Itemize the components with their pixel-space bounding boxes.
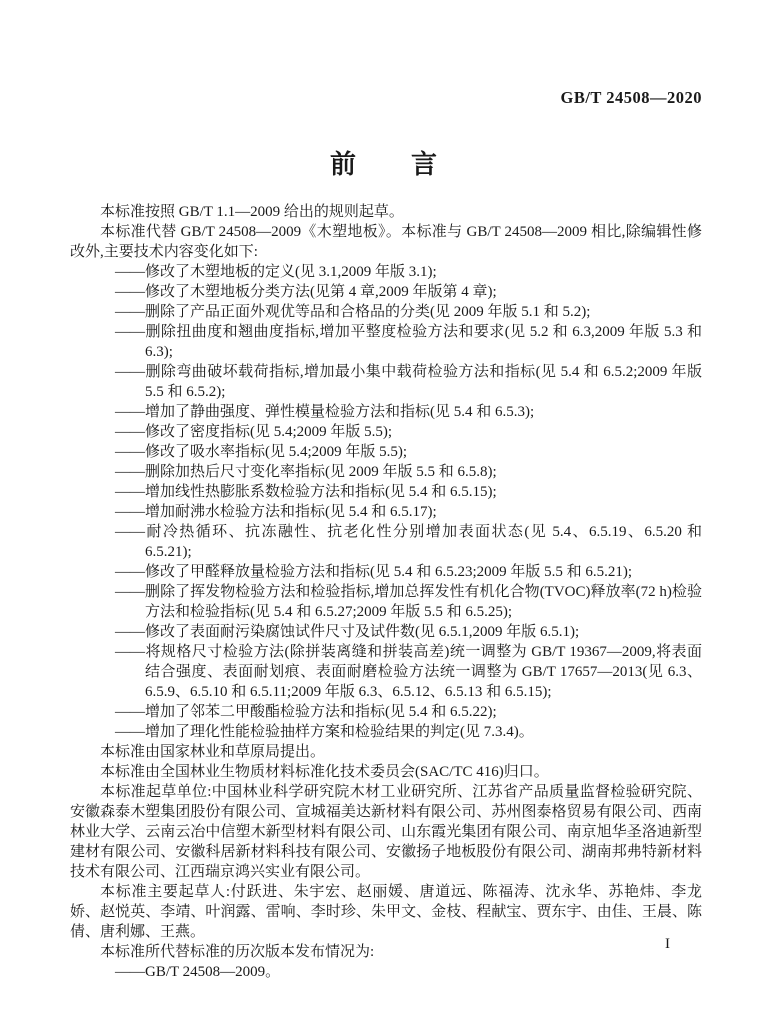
change-item: ——修改了表面耐污染腐蚀试件尺寸及试件数(见 6.5.1,2009 年版 6.5… bbox=[70, 622, 702, 642]
change-item: ——增加了静曲强度、弹性模量检验方法和指标(见 5.4 和 6.5.3); bbox=[70, 402, 702, 422]
closing-paragraph: 本标准起草单位:中国林业科学研究院木材工业研究所、江苏省产品质量监督检验研究院、… bbox=[70, 782, 702, 882]
change-item: ——修改了密度指标(见 5.4;2009 年版 5.5); bbox=[70, 422, 702, 442]
change-item: ——增加了邻苯二甲酸酯检验方法和指标(见 5.4 和 6.5.22); bbox=[70, 702, 702, 722]
change-item: ——修改了吸水率指标(见 5.4;2009 年版 5.5); bbox=[70, 442, 702, 462]
change-item: ——增加了理化性能检验抽样方案和检验结果的判定(见 7.3.4)。 bbox=[70, 722, 702, 742]
intro-paragraphs: 本标准按照 GB/T 1.1—2009 给出的规则起草。本标准代替 GB/T 2… bbox=[70, 202, 702, 262]
change-item: ——修改了木塑地板的定义(见 3.1,2009 年版 3.1); bbox=[70, 262, 702, 282]
closing-paragraph: 本标准由全国林业生物质材料标准化技术委员会(SAC/TC 416)归口。 bbox=[70, 762, 702, 782]
page-title: 前 言 bbox=[0, 144, 768, 181]
closing-paragraph: 本标准所代替标准的历次版本发布情况为: bbox=[70, 942, 702, 962]
foreword-content: 本标准按照 GB/T 1.1—2009 给出的规则起草。本标准代替 GB/T 2… bbox=[70, 202, 702, 982]
closing-paragraphs: 本标准由国家林业和草原局提出。本标准由全国林业生物质材料标准化技术委员会(SAC… bbox=[70, 742, 702, 962]
change-item: ——删除了挥发物检验方法和检验指标,增加总挥发性有机化合物(TVOC)释放率(7… bbox=[70, 582, 702, 622]
change-item: ——删除弯曲破坏载荷指标,增加最小集中载荷检验方法和指标(见 5.4 和 6.5… bbox=[70, 362, 702, 402]
change-item: ——将规格尺寸检验方法(除拼装离缝和拼装高差)统一调整为 GB/T 19367—… bbox=[70, 642, 702, 702]
change-item: ——修改了木塑地板分类方法(见第 4 章,2009 年版第 4 章); bbox=[70, 282, 702, 302]
document-page: GB/T 24508—2020 前 言 本标准按照 GB/T 1.1—2009 … bbox=[0, 0, 768, 1024]
intro-paragraph: 本标准按照 GB/T 1.1—2009 给出的规则起草。 bbox=[70, 202, 702, 222]
change-list: ——修改了木塑地板的定义(见 3.1,2009 年版 3.1);——修改了木塑地… bbox=[70, 262, 702, 742]
change-item: ——增加耐沸水检验方法和指标(见 5.4 和 6.5.17); bbox=[70, 502, 702, 522]
change-item: ——修改了甲醛释放量检验方法和指标(见 5.4 和 6.5.23;2009 年版… bbox=[70, 562, 702, 582]
change-item: ——删除扭曲度和翘曲度指标,增加平整度检验方法和要求(见 5.2 和 6.3,2… bbox=[70, 322, 702, 362]
page-number: I bbox=[665, 936, 670, 953]
change-item: ——删除了产品正面外观优等品和合格品的分类(见 2009 年版 5.1 和 5.… bbox=[70, 302, 702, 322]
change-item: ——耐冷热循环、抗冻融性、抗老化性分别增加表面状态(见 5.4、6.5.19、6… bbox=[70, 522, 702, 562]
standard-code: GB/T 24508—2020 bbox=[560, 88, 702, 108]
change-item: ——删除加热后尺寸变化率指标(见 2009 年版 5.5 和 6.5.8); bbox=[70, 462, 702, 482]
intro-paragraph: 本标准代替 GB/T 24508—2009《木塑地板》。本标准与 GB/T 24… bbox=[70, 222, 702, 262]
history-list: ——GB/T 24508—2009。 bbox=[70, 962, 702, 982]
closing-paragraph: 本标准由国家林业和草原局提出。 bbox=[70, 742, 702, 762]
closing-paragraph: 本标准主要起草人:付跃进、朱宇宏、赵丽媛、唐道远、陈福涛、沈永华、苏艳炜、李龙娇… bbox=[70, 882, 702, 942]
history-item: ——GB/T 24508—2009。 bbox=[70, 962, 702, 982]
change-item: ——增加线性热膨胀系数检验方法和指标(见 5.4 和 6.5.15); bbox=[70, 482, 702, 502]
